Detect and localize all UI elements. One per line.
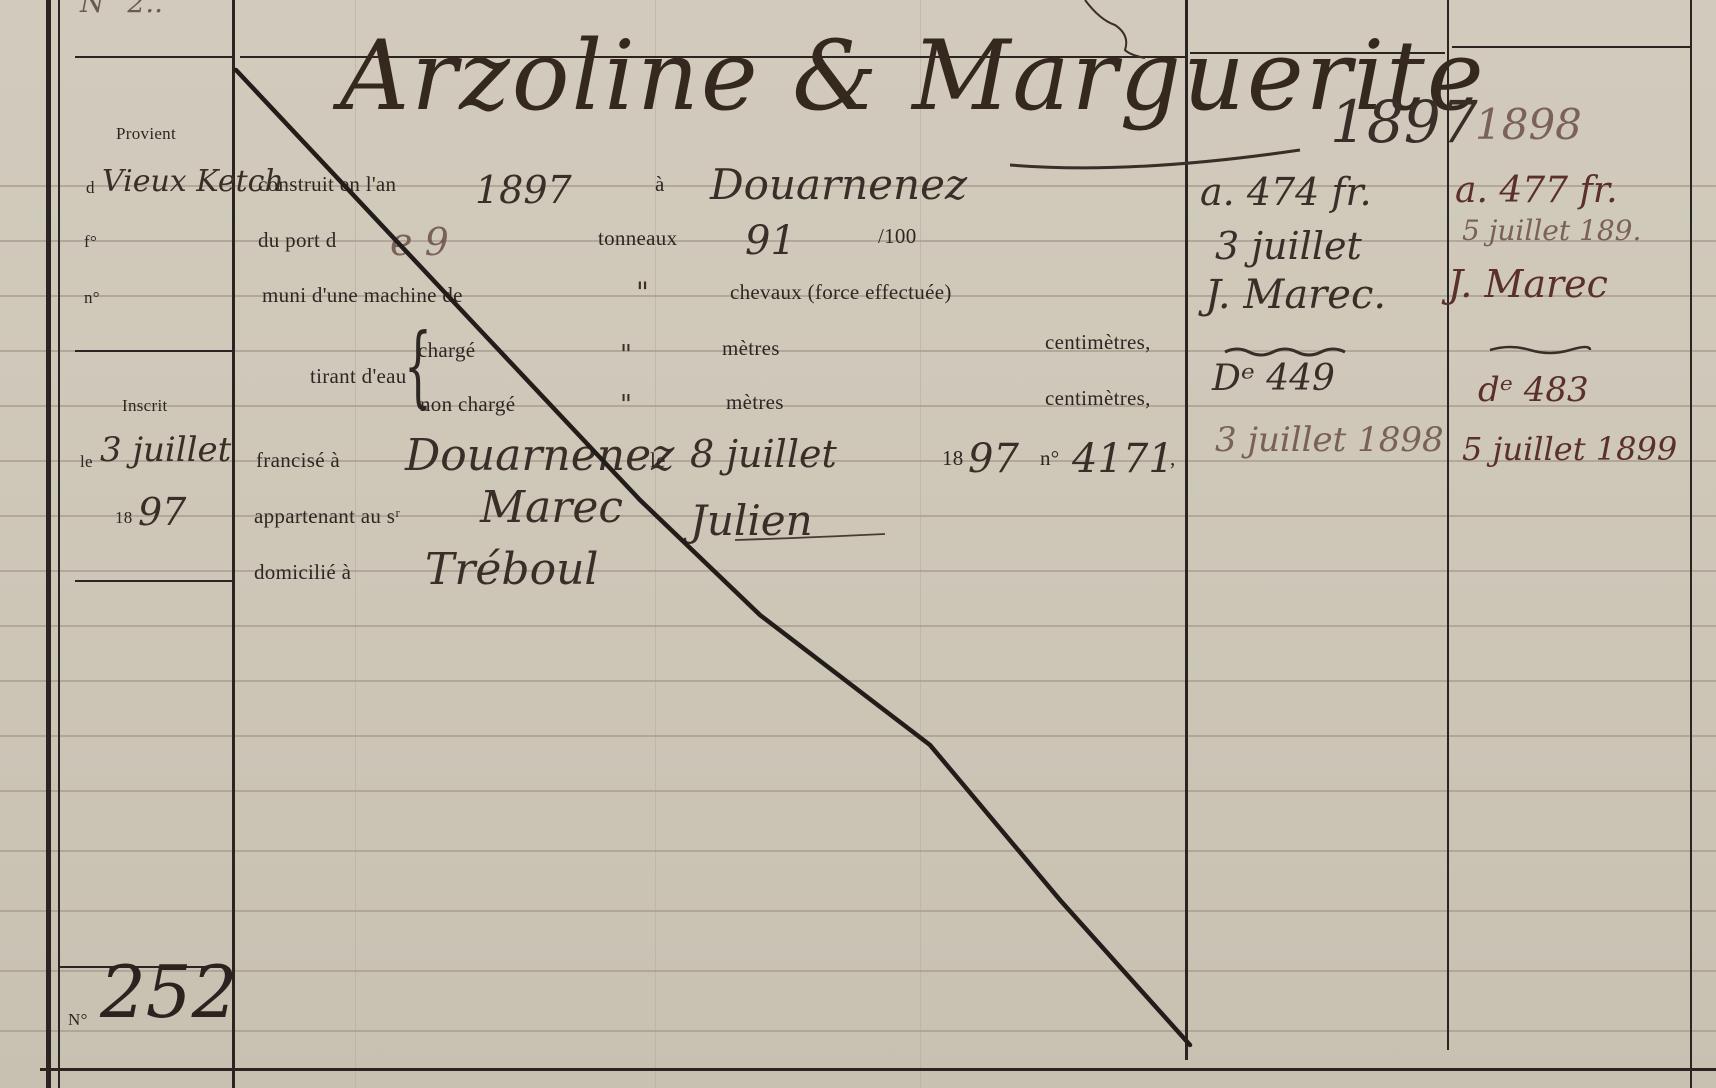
- ledger-page: N° 2.. Provient d Vieux Ketch f° n° Insc…: [0, 0, 1716, 1088]
- cancellation-diagonal-line: [236, 70, 1190, 1045]
- ship-name-underline-flourish: [1010, 150, 1300, 168]
- tear-squiggle: [1085, 0, 1145, 58]
- column-1898-dash-line: [1490, 347, 1590, 353]
- column-1897-wavy-line: [1225, 349, 1345, 355]
- owner-name-underline-flourish: [735, 534, 885, 540]
- ink-strokes-overlay: [0, 0, 1716, 1088]
